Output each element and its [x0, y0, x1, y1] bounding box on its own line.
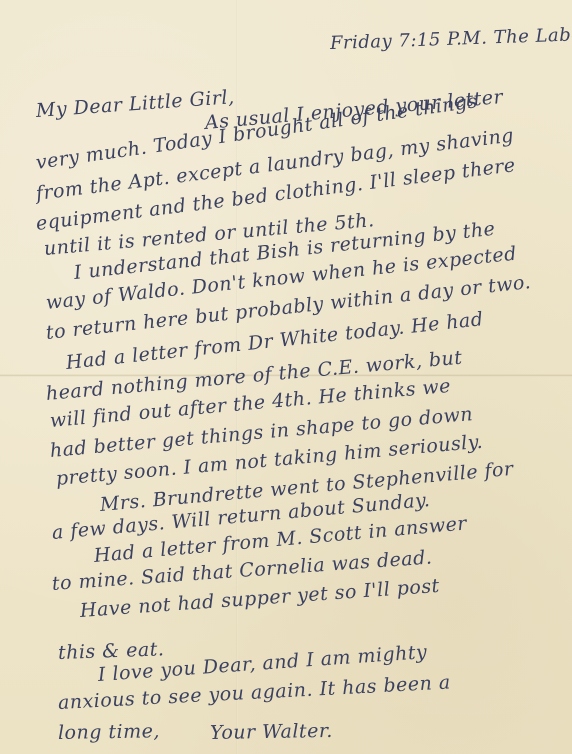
- letter-page: Friday 7:15 P.M. The Lab- My Dear Little…: [0, 0, 572, 754]
- letter-line: long time,: [58, 720, 160, 744]
- letter-closing-signature: Your Walter.: [210, 720, 333, 744]
- letter-heading: Friday 7:15 P.M. The Lab-: [330, 24, 572, 54]
